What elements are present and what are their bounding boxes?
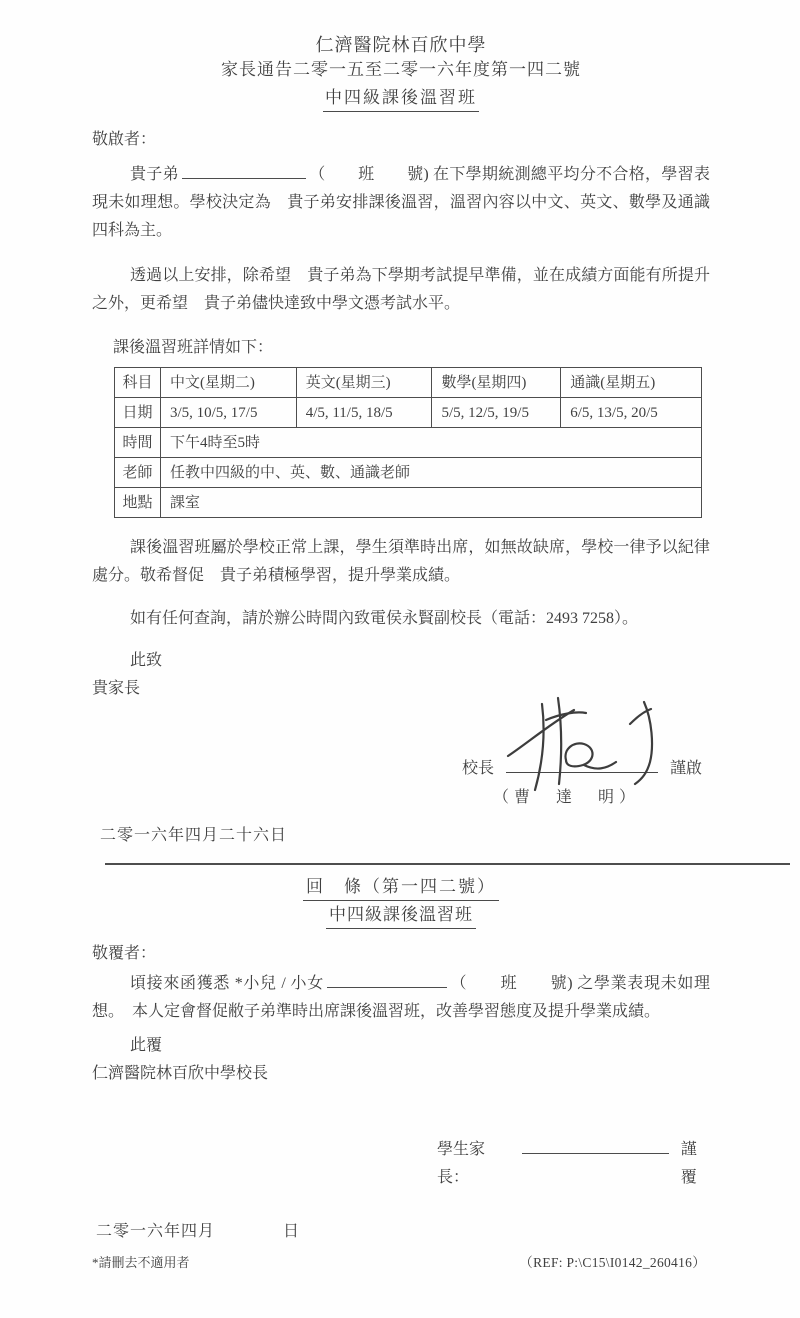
date-cell: 6/5, 13/5, 20/5: [561, 398, 702, 428]
reply-addressee: 仁濟醫院林百欣中學校長: [92, 1060, 710, 1088]
table-row-dates: 日期 3/5, 10/5, 17/5 4/5, 11/5, 18/5 5/5, …: [115, 398, 702, 428]
signature-block: 校長 謹啟 （曹 達 明）: [92, 755, 710, 812]
table-row-teacher: 老師 任教中四級的中、英、數、通識老師: [115, 458, 702, 488]
date-cell: 4/5, 11/5, 18/5: [296, 398, 432, 428]
notice-number-line: 家長通告二零一五至二零一六年度第一四二號: [92, 58, 710, 82]
reply-subtitle: 中四級課後溫習班: [326, 903, 476, 929]
reply-salutation: 敬覆者：: [92, 940, 710, 968]
reply-paragraph: 頃接來函獲悉 *小兒 / 小女（ 班 號) 之學業表現未如理想。 本人定會督促敝…: [92, 970, 710, 1026]
subject-cell: 英文(星期三): [296, 368, 432, 398]
row-label: 時間: [115, 428, 161, 458]
reply-date: 二零一六年四月 日: [96, 1218, 710, 1246]
tutorial-schedule-table: 科目 中文(星期二) 英文(星期三) 數學(星期四) 通識(星期五) 日期 3/…: [114, 367, 702, 518]
date-cell: 5/5, 12/5, 19/5: [432, 398, 561, 428]
paragraph-student-info: 貴子弟（ 班 號) 在下學期統測總平均分不合格，學習表現未如理想。學校決定為 貴…: [92, 161, 710, 245]
closing-this-to: 此致: [92, 647, 710, 675]
paragraph-enquiry: 如有任何查詢，請於辦公時間內致電侯永賢副校長（電話：2493 7258）。: [92, 605, 710, 633]
subject-cell: 數學(星期四): [432, 368, 561, 398]
teacher-cell: 任教中四級的中、英、數、通識老師: [160, 458, 701, 488]
parent-label: 學生家長：: [437, 1136, 510, 1192]
row-label: 地點: [115, 488, 161, 518]
scanned-notice-page: 仁濟醫院林百欣中學 家長通告二零一五至二零一六年度第一四二號 中四級課後溫習班 …: [0, 0, 800, 1318]
reply-this-to: 此覆: [92, 1032, 710, 1060]
time-cell: 下午4時至5時: [160, 428, 701, 458]
para1-lead: 貴子弟: [130, 166, 179, 183]
venue-cell: 課室: [160, 488, 701, 518]
principal-label: 校長: [462, 755, 494, 783]
footer-row: *請刪去不適用者 （REF: P:\C15\I0142_260416）: [92, 1249, 710, 1277]
signature-row: 校長 謹啟: [462, 755, 702, 783]
schedule-caption: 課後溫習班詳情如下：: [113, 334, 710, 362]
student-name-blank: [182, 162, 306, 179]
reply-slip: 回 條（第一四二號） 中四級課後溫習班 敬覆者： 頃接來函獲悉 *小兒 / 小女…: [92, 875, 710, 1277]
salutation: 敬啟者：: [92, 126, 710, 154]
footnote-delete-inapplicable: *請刪去不適用者: [92, 1249, 190, 1277]
paragraph-purpose: 透過以上安排，除希望 貴子弟為下學期考試提早準備，並在成績方面能有所提升之外，更…: [92, 262, 710, 318]
paragraph-attendance: 課後溫習班屬於學校正常上課，學生須準時出席，如無故缺席，學校一律予以紀律處分。敬…: [92, 534, 710, 590]
reply-para-bracket: （ 班 號): [450, 975, 573, 992]
respectfully-label: 謹啟: [670, 755, 702, 783]
table-row-time: 時間 下午4時至5時: [115, 428, 702, 458]
table-corner-label: 科目: [115, 368, 161, 398]
section-divider: [105, 863, 790, 865]
parent-respectfully-label: 謹覆: [681, 1136, 710, 1192]
school-name: 仁濟醫院林百欣中學: [92, 33, 710, 57]
subject-cell: 中文(星期二): [160, 368, 296, 398]
reply-para-lead: 頃接來函獲悉 *小兒 / 小女: [130, 975, 324, 992]
table-row-subjects: 科目 中文(星期二) 英文(星期三) 數學(星期四) 通識(星期五): [115, 368, 702, 398]
parent-signature-row: 學生家長： 謹覆: [437, 1136, 710, 1192]
date-cell: 3/5, 10/5, 17/5: [160, 398, 296, 428]
subject-title: 中四級課後溫習班: [323, 86, 479, 112]
ref-number: （REF: P:\C15\I0142_260416）: [519, 1249, 706, 1277]
document-header: 仁濟醫院林百欣中學 家長通告二零一五至二零一六年度第一四二號 中四級課後溫習班: [92, 33, 710, 112]
reply-header: 回 條（第一四二號） 中四級課後溫習班: [92, 875, 710, 929]
reply-student-name-blank: [327, 971, 447, 988]
para1-bracket: （ 班 號): [309, 166, 429, 183]
parent-signature-line: [522, 1137, 668, 1154]
letter-date: 二零一六年四月二十六日: [100, 822, 710, 850]
row-label: 老師: [115, 458, 161, 488]
row-label: 日期: [115, 398, 161, 428]
signature-line: [506, 756, 658, 773]
reply-title: 回 條（第一四二號）: [303, 875, 499, 901]
principal-signature: [502, 694, 672, 794]
subject-cell: 通識(星期五): [561, 368, 702, 398]
table-row-venue: 地點 課室: [115, 488, 702, 518]
